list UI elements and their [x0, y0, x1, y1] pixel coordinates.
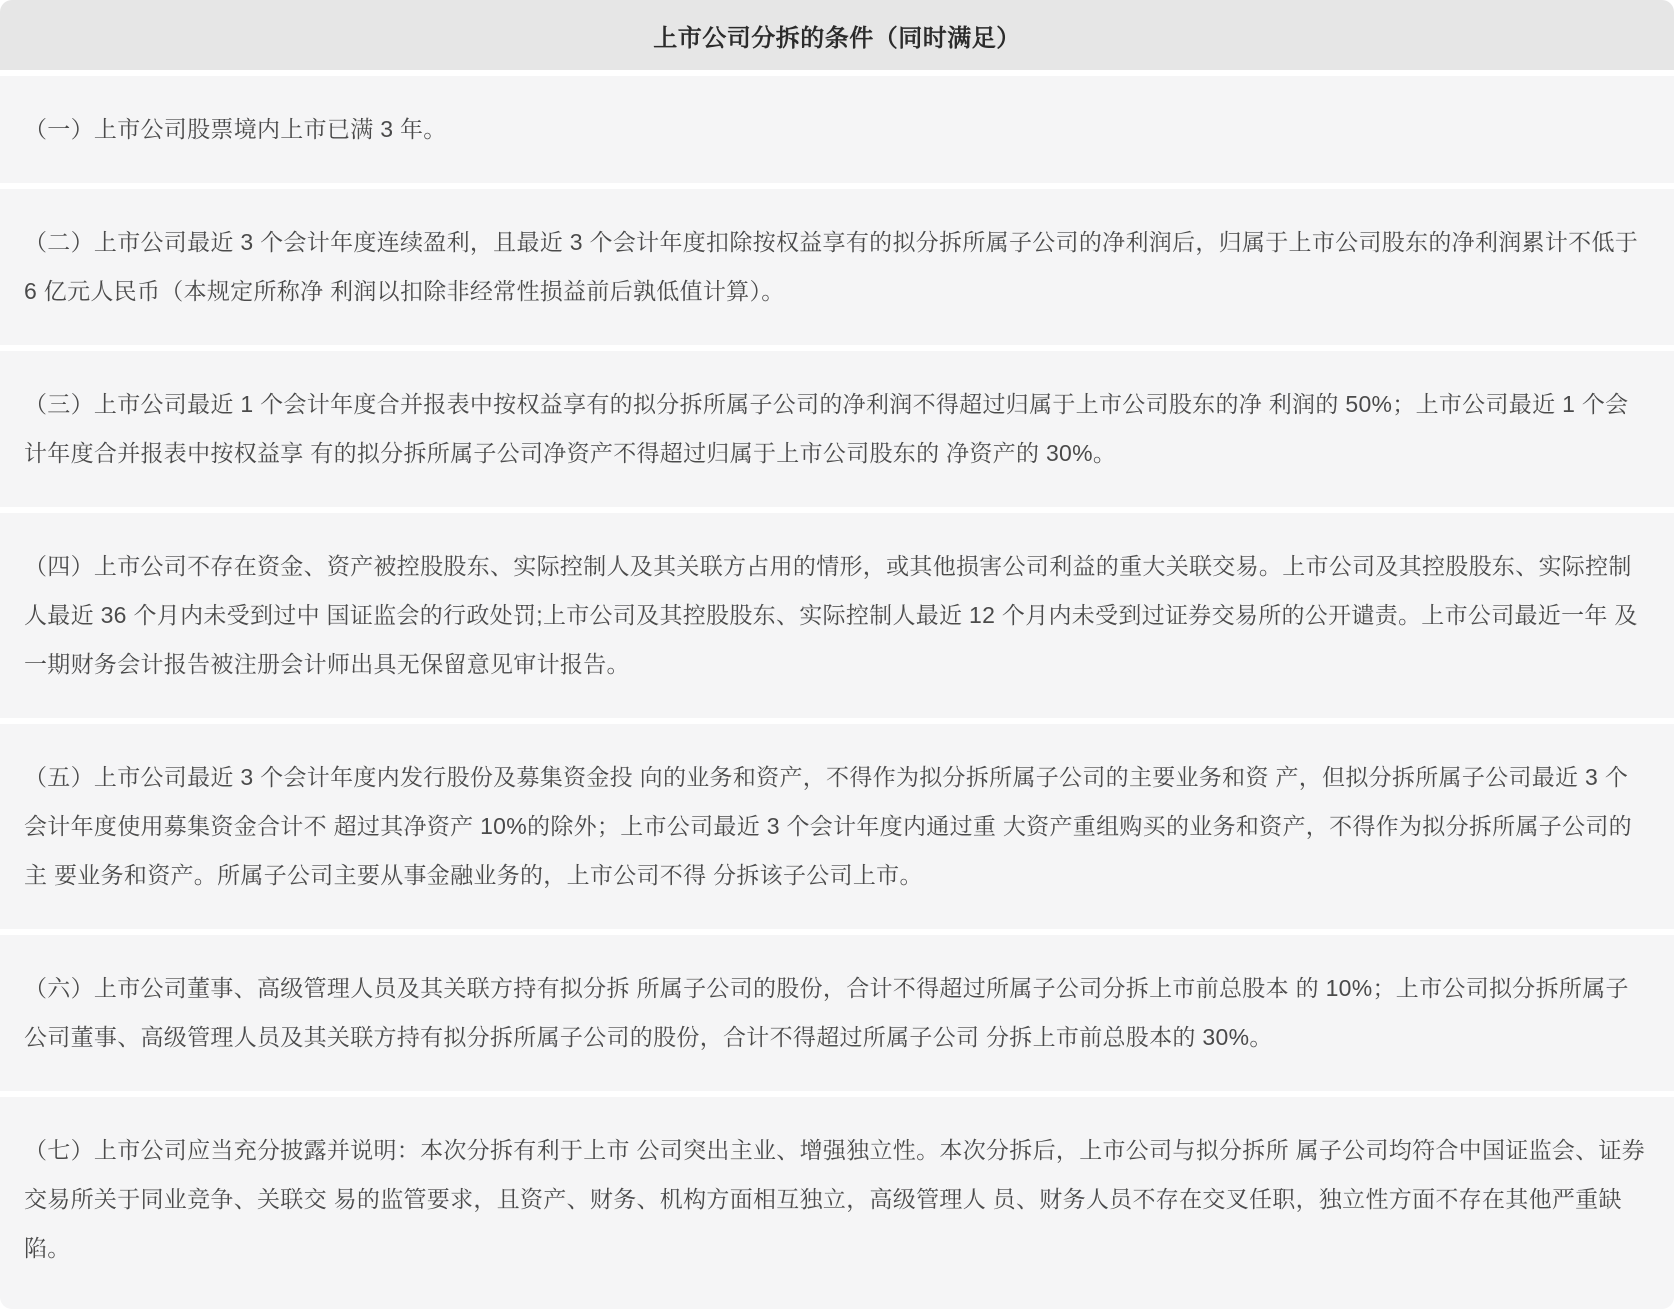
- condition-row-1: （一）上市公司股票境内上市已满 3 年。: [0, 76, 1674, 183]
- condition-text-5: （五）上市公司最近 3 个会计年度内发行股份及募集资金投 向的业务和资产，不得作…: [24, 753, 1650, 900]
- condition-row-4: （四）上市公司不存在资金、资产被控股股东、实际控制人及其关联方占用的情形，或其他…: [0, 513, 1674, 718]
- table-title: 上市公司分拆的条件（同时满足）: [653, 18, 1021, 53]
- table-header: 上市公司分拆的条件（同时满足）: [0, 0, 1674, 70]
- condition-row-7: （七）上市公司应当充分披露并说明：本次分拆有利于上市 公司突出主业、增强独立性。…: [0, 1097, 1674, 1309]
- condition-text-6: （六）上市公司董事、高级管理人员及其关联方持有拟分拆 所属子公司的股份，合计不得…: [24, 964, 1650, 1062]
- condition-row-2: （二）上市公司最近 3 个会计年度连续盈利，且最近 3 个会计年度扣除按权益享有…: [0, 189, 1674, 345]
- condition-row-6: （六）上市公司董事、高级管理人员及其关联方持有拟分拆 所属子公司的股份，合计不得…: [0, 935, 1674, 1091]
- conditions-table: 上市公司分拆的条件（同时满足） （一）上市公司股票境内上市已满 3 年。 （二）…: [0, 0, 1674, 1309]
- condition-row-3: （三）上市公司最近 1 个会计年度合并报表中按权益享有的拟分拆所属子公司的净利润…: [0, 351, 1674, 507]
- condition-text-3: （三）上市公司最近 1 个会计年度合并报表中按权益享有的拟分拆所属子公司的净利润…: [24, 380, 1650, 478]
- condition-text-1: （一）上市公司股票境内上市已满 3 年。: [24, 105, 1650, 154]
- condition-row-5: （五）上市公司最近 3 个会计年度内发行股份及募集资金投 向的业务和资产，不得作…: [0, 724, 1674, 929]
- condition-text-7: （七）上市公司应当充分披露并说明：本次分拆有利于上市 公司突出主业、增强独立性。…: [24, 1126, 1650, 1273]
- condition-text-2: （二）上市公司最近 3 个会计年度连续盈利，且最近 3 个会计年度扣除按权益享有…: [24, 218, 1650, 316]
- condition-text-4: （四）上市公司不存在资金、资产被控股股东、实际控制人及其关联方占用的情形，或其他…: [24, 542, 1650, 689]
